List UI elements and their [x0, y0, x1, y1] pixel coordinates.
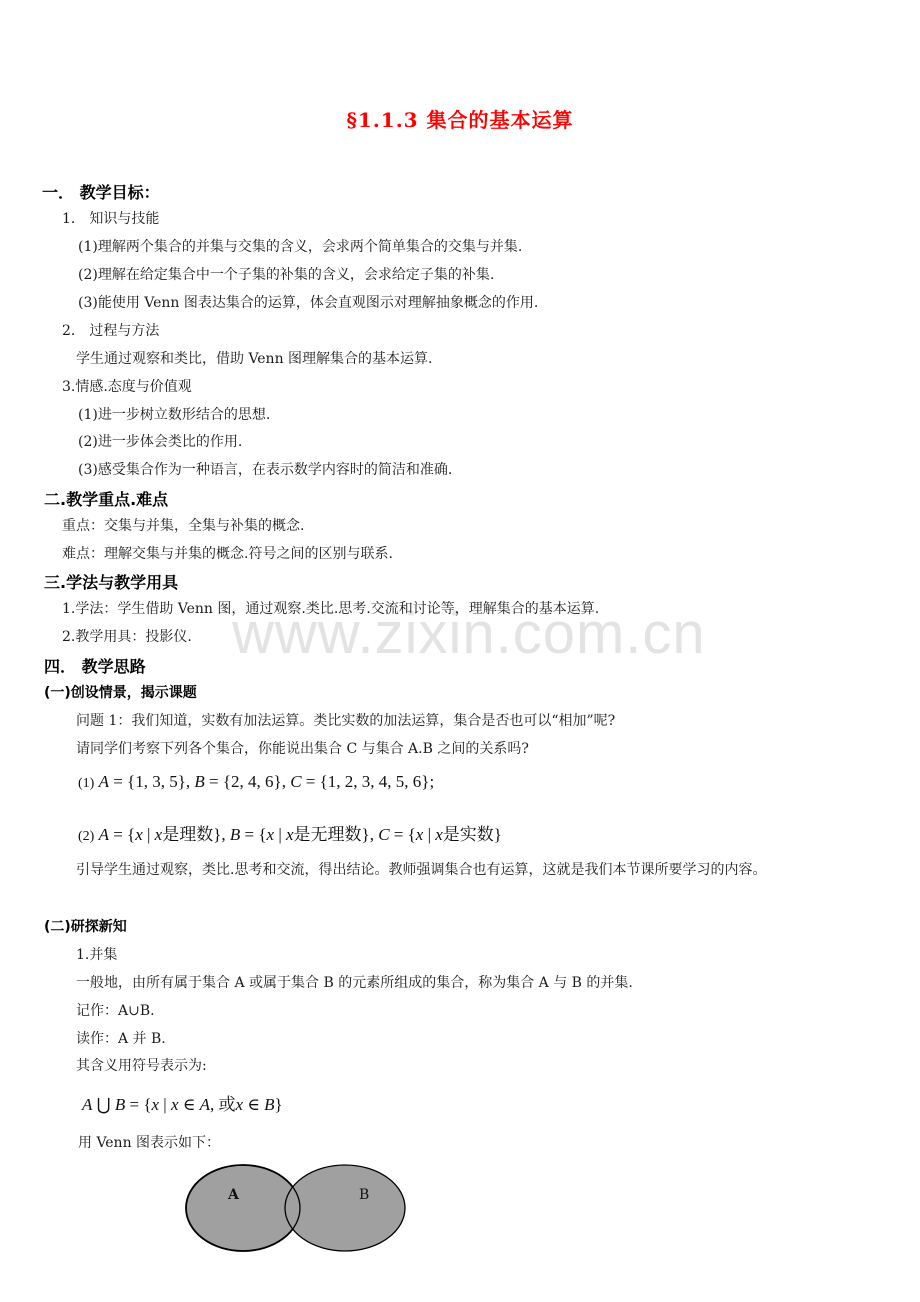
set-c-value: = {1, 2, 3, 4, 5, 6}; — [302, 772, 435, 791]
subheading-process-method: 2． 过程与方法 — [62, 320, 159, 340]
value-item: (2)进一步体会类比的作用. — [78, 431, 242, 451]
example-2-formula: (2) A = {x | x是理数}, B = {x | x是无理数}, C =… — [78, 820, 502, 845]
section-heading-methods-tools: 三.学法与教学用具 — [44, 570, 178, 593]
var-x: x — [235, 1095, 243, 1114]
var-x: x — [151, 1095, 159, 1114]
section-heading-teaching-approach: 四． 教学思路 — [44, 654, 146, 677]
element-of: ∈ — [243, 1095, 264, 1114]
set-a-symbol: A — [99, 825, 109, 844]
element-of: ∈ — [178, 1095, 199, 1114]
key-point-text: 重点：交集与并集，全集与补集的概念. — [62, 515, 304, 535]
set-a-symbol: A — [200, 1095, 210, 1114]
example-1-formula: (1) A = {1, 3, 5}, B = {2, 4, 6}, C = {1… — [78, 772, 434, 792]
venn-label-b: B — [359, 1187, 369, 1203]
part-heading-scenario: (一)创设情景，揭示课题 — [44, 682, 197, 702]
process-text: 学生通过观察和类比，借助 Venn 图理解集合的基本运算. — [76, 348, 433, 368]
set-c-open: = { — [390, 825, 416, 844]
objective-item: (3)能使用 Venn 图表达集合的运算，体会直观图示对理解抽象概念的作用. — [78, 292, 538, 312]
set-c-symbol: C — [378, 825, 389, 844]
set-a-value: = {1, 3, 5}, — [109, 772, 194, 791]
such-that: | — [274, 825, 286, 844]
set-c-desc: 是实数} — [443, 825, 502, 844]
union-formula: A ⋃ B = {x | x ∈ A, 或x ∈ B} — [82, 1090, 283, 1115]
equals-open: = { — [125, 1095, 151, 1114]
document-page: §1.1.3 集合的基本运算 一． 教学目标： 1． 知识与技能 (1)理解两个… — [0, 0, 920, 1302]
set-a-open: = { — [109, 825, 135, 844]
value-item: (1)进一步树立数形结合的思想. — [78, 404, 270, 424]
var-x: x — [135, 825, 143, 844]
subheading-knowledge-skills: 1． 知识与技能 — [62, 208, 159, 228]
or-word: , 或 — [210, 1095, 236, 1114]
var-x: x — [435, 825, 443, 844]
set-a-desc: 是理数}, — [162, 825, 230, 844]
objective-item: (1)理解两个集合的并集与交集的含义，会求两个简单集合的交集与并集. — [78, 236, 522, 256]
set-b-desc: 是无理数}, — [294, 825, 379, 844]
var-x: x — [286, 825, 294, 844]
union-symbol: ⋃ — [92, 1095, 114, 1114]
conclusion-text: 引导学生通过观察，类比.思考和交流，得出结论。教师强调集合也有运算，这就是我们本… — [76, 859, 766, 879]
set-b-symbol: B — [194, 772, 204, 791]
example-label: (1) — [78, 776, 94, 791]
union-reading: 读作：A 并 B. — [76, 1028, 166, 1048]
set-b-value: = {2, 4, 6}, — [205, 772, 290, 791]
example-label: (2) — [78, 829, 94, 844]
value-item: (3)感受集合作为一种语言，在表示数学内容时的简洁和准确. — [78, 459, 452, 479]
section-heading-key-points: 二.教学重点.难点 — [44, 487, 168, 510]
venn-intro: 用 Venn 图表示如下： — [78, 1132, 220, 1152]
set-a-symbol: A — [99, 772, 109, 791]
set-b-symbol: B — [230, 825, 240, 844]
section-heading-objectives: 一． 教学目标： — [42, 180, 160, 203]
venn-label-a: A — [228, 1187, 239, 1203]
such-that: | — [143, 825, 155, 844]
objective-item: (2)理解在给定集合中一个子集的补集的含义，会求给定子集的补集. — [78, 264, 494, 284]
such-that: | — [159, 1095, 171, 1114]
var-x: x — [267, 825, 275, 844]
union-definition: 一般地，由所有属于集合 A 或属于集合 B 的元素所组成的集合，称为集合 A 与… — [76, 972, 633, 992]
union-notation: 记作：A∪B. — [76, 1000, 155, 1020]
subheading-emotion-values: 3.情感.态度与价值观 — [62, 376, 192, 396]
union-meaning: 其含义用符号表示为: — [76, 1055, 207, 1075]
set-a-symbol: A — [82, 1095, 92, 1114]
set-b-open: = { — [240, 825, 266, 844]
close-brace: } — [275, 1095, 283, 1114]
part-heading-explore: (二)研探新知 — [44, 916, 127, 936]
set-b-ellipse — [285, 1165, 405, 1251]
venn-diagram-union — [184, 1163, 408, 1253]
set-c-symbol: C — [290, 772, 301, 791]
difficulty-text: 难点：理解交集与并集的概念.符号之间的区别与联系. — [62, 543, 393, 563]
set-b-symbol: B — [264, 1095, 274, 1114]
set-b-symbol: B — [115, 1095, 125, 1114]
question-text: 问题 1：我们知道，实数有加法运算。类比实数的加法运算，集合是否也可以“相加”呢… — [76, 710, 615, 730]
page-title: §1.1.3 集合的基本运算 — [0, 104, 920, 133]
subheading-union: 1.并集 — [76, 944, 117, 964]
prompt-text: 请同学们考察下列各个集合，你能说出集合 C 与集合 A.B 之间的关系吗? — [76, 738, 529, 758]
such-that: | — [423, 825, 435, 844]
method-item: 1.学法：学生借助 Venn 图，通过观察.类比.思考.交流和讨论等，理解集合的… — [62, 598, 599, 618]
method-item: 2.教学用具：投影仪. — [62, 626, 192, 646]
